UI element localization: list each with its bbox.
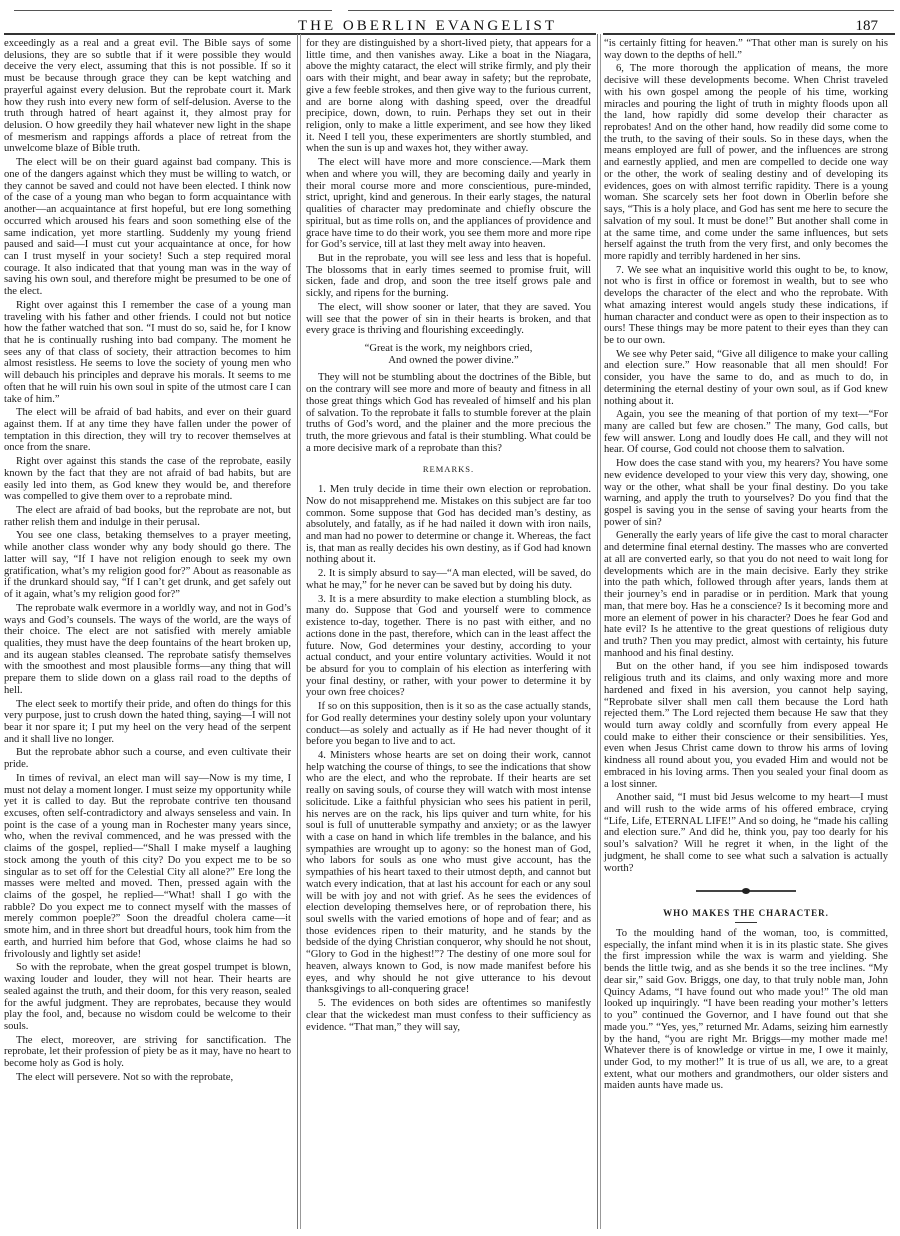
paragraph: The elect will be afraid of bad habits, … xyxy=(4,407,291,454)
paragraph: We see why Peter said, “Give all diligen… xyxy=(604,349,888,408)
column-divider-2 xyxy=(597,34,598,1229)
paragraph: The elect will have more and more consci… xyxy=(306,157,591,251)
paragraph: Another said, “I must bid Jesus welcome … xyxy=(604,792,888,874)
column-2: for they are distinguished by a short-li… xyxy=(306,38,591,1035)
paragraph: The reprobate walk evermore in a worldly… xyxy=(4,603,291,697)
paragraph: exceedingly as a real and a great evil. … xyxy=(4,38,291,155)
paragraph: But in the reprobate, you will see less … xyxy=(306,253,591,300)
section-separator-ornament xyxy=(696,890,796,892)
remark-item: If so on this supposition, then is it so… xyxy=(306,701,591,748)
masthead: THE OBERLIN EVANGELIST 187 xyxy=(0,0,900,30)
paragraph: You see one class, betaking themselves t… xyxy=(4,530,291,600)
paragraph: 7. We see what an inquisitive world this… xyxy=(604,265,888,347)
top-rule-right xyxy=(348,10,894,11)
paragraph: The elect will be on their guard against… xyxy=(4,157,291,298)
poem-line-1: “Great is the work, my neighbors cried, xyxy=(306,343,591,355)
paragraph: for they are distinguished by a short-li… xyxy=(306,38,591,155)
column-divider-1b xyxy=(300,34,301,1229)
paragraph: But the reprobate abhor such a course, a… xyxy=(4,747,291,770)
paragraph: They will not be stumbling about the doc… xyxy=(306,372,591,454)
column-1: exceedingly as a real and a great evil. … xyxy=(4,38,291,1086)
paragraph: The elect are afraid of bad books, but t… xyxy=(4,505,291,528)
remarks-heading: REMARKS. xyxy=(306,464,591,476)
paragraph: Again, you see the meaning of that porti… xyxy=(604,409,888,456)
paragraph: Right over against this I remember the c… xyxy=(4,300,291,405)
paragraph: The elect, will show sooner or later, th… xyxy=(306,302,591,337)
article-heading: WHO MAKES THE CHARACTER. xyxy=(604,908,888,920)
remark-item: 5. The evidences on both sides are often… xyxy=(306,998,591,1033)
paragraph: Right over against this stands the case … xyxy=(4,456,291,503)
paragraph: The elect will persevere. Not so with th… xyxy=(4,1072,291,1084)
poem-line-2: And owned the power divine.” xyxy=(306,355,591,367)
remark-item: 4. Ministers whose hearts are set on doi… xyxy=(306,750,591,996)
article-body: To the moulding hand of the woman, too, … xyxy=(604,928,888,1092)
remark-item: 1. Men truly decide in time their own el… xyxy=(306,484,591,566)
paragraph: The elect, moreover, are striving for sa… xyxy=(4,1035,291,1070)
paragraph: “is certainly fitting for heaven.” “That… xyxy=(604,38,888,61)
heading-underline xyxy=(735,922,757,923)
column-divider-2b xyxy=(600,34,601,1229)
header-rule-right xyxy=(603,33,895,35)
paragraph: Generally the early years of life give t… xyxy=(604,530,888,659)
column-divider-1 xyxy=(297,34,298,1229)
paragraph: So with the reprobate, when the great go… xyxy=(4,962,291,1032)
paragraph: But on the other hand, if you see him in… xyxy=(604,661,888,790)
paragraph: How does the case stand with you, my hea… xyxy=(604,458,888,528)
paragraph: 6, The more thorough the application of … xyxy=(604,63,888,262)
top-rule-left xyxy=(14,10,332,11)
paragraph: The elect seek to mortify their pride, a… xyxy=(4,699,291,746)
remark-item: 3. It is a mere absurdity to make electi… xyxy=(306,594,591,699)
poem-quote: “Great is the work, my neighbors cried, … xyxy=(306,343,591,366)
paragraph: In times of revival, an elect man will s… xyxy=(4,773,291,961)
column-3: “is certainly fitting for heaven.” “That… xyxy=(604,38,888,1094)
remark-item: 2. It is simply absurd to say—“A man ele… xyxy=(306,568,591,591)
